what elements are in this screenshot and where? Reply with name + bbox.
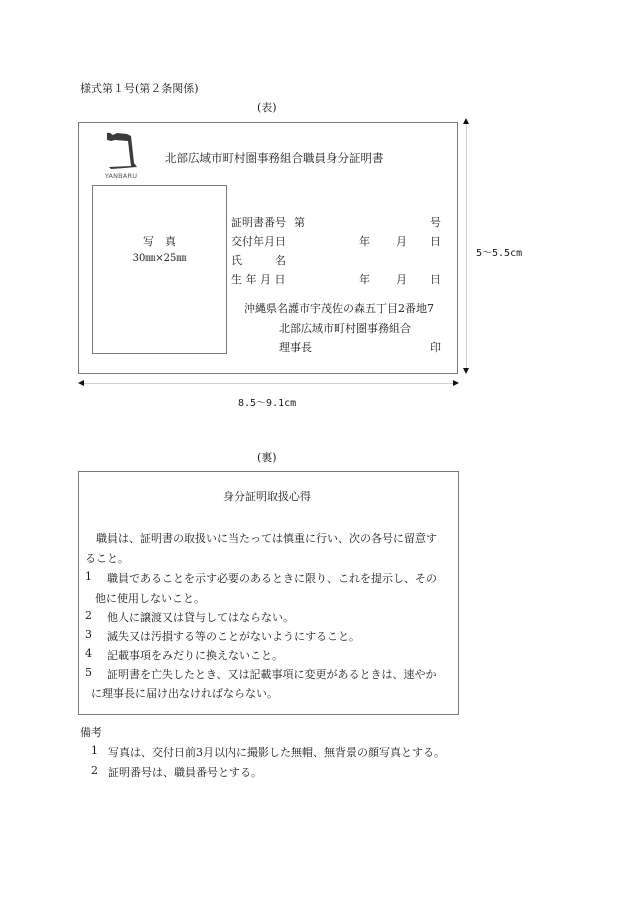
id-card-front: YANBARU 北部広域市町村圏事務組合職員身分証明書 写 真 30㎜×25㎜ … bbox=[78, 122, 458, 374]
arrow-right-icon bbox=[453, 380, 459, 386]
height-dimension-label: 5～5.5cm bbox=[476, 244, 522, 259]
field-issue-date-day: 日 bbox=[430, 233, 441, 249]
card-title: 北部広域市町村圏事務組合職員身分証明書 bbox=[165, 150, 384, 166]
width-dimension-label: 8.5～9.1cm bbox=[238, 394, 296, 409]
field-birth-date-month: 月 bbox=[396, 271, 407, 287]
field-birth-date-day: 日 bbox=[430, 271, 441, 287]
field-name-label: 氏 名 bbox=[231, 252, 286, 268]
field-certificate-number-suffix: 号 bbox=[430, 214, 441, 230]
width-dimension-line bbox=[82, 383, 455, 384]
arrow-down-icon bbox=[463, 368, 469, 374]
field-issue-date-year: 年 bbox=[359, 233, 370, 249]
back-item-2-number: 2 bbox=[85, 609, 92, 622]
note-2-text: 証明番号は、職員番号とする。 bbox=[108, 764, 262, 780]
back-item-5-line-1: 証明書を亡失したとき、又は記載事項に変更があるときは、速やか bbox=[107, 666, 437, 682]
back-item-1-number: 1 bbox=[85, 570, 92, 583]
back-item-2-line-1: 他人に譲渡又は貸与してはならない。 bbox=[107, 609, 294, 625]
yanbaru-logo-icon: YANBARU bbox=[101, 129, 141, 181]
id-card-back: 身分証明取扱心得 職員は、証明書の取扱いに当たっては慎重に行い、次の各号に留意す… bbox=[78, 471, 459, 715]
issuer-organization: 北部広域市町村圏事務組合 bbox=[279, 320, 411, 336]
back-item-5-line-2: に理事長に届け出なければならない。 bbox=[91, 685, 278, 701]
back-side-label: (裏) bbox=[257, 449, 277, 465]
back-title: 身分証明取扱心得 bbox=[223, 488, 311, 504]
field-birth-date-label: 生 年 月 日 bbox=[231, 271, 286, 287]
issuer-address: 沖縄県名護市宇茂佐の森五丁目2番地7 bbox=[244, 300, 434, 316]
field-issue-date-month: 月 bbox=[396, 233, 407, 249]
form-label: 様式第１号(第２条関係) bbox=[80, 80, 199, 96]
back-intro-line-2: ること。 bbox=[85, 550, 129, 566]
field-certificate-number-prefix: 第 bbox=[294, 214, 305, 230]
photo-placeholder: 写 真 30㎜×25㎜ bbox=[92, 185, 227, 354]
back-item-1-line-1: 職員であることを示す必要のあるときに限り、これを提示し、その bbox=[107, 570, 437, 586]
field-birth-date-year: 年 bbox=[359, 271, 370, 287]
note-2-number: 2 bbox=[91, 764, 98, 777]
field-issue-date-label: 交付年月日 bbox=[231, 233, 286, 249]
issuer-title: 理事長 bbox=[279, 339, 312, 355]
back-item-4-number: 4 bbox=[85, 647, 92, 660]
issuer-seal: 印 bbox=[430, 339, 441, 355]
field-certificate-number-label: 証明書番号 bbox=[231, 214, 286, 230]
back-item-4-line-1: 記載事項をみだりに換えないこと。 bbox=[107, 647, 283, 663]
back-item-3-line-1: 滅失又は汚損する等のことがないようにすること。 bbox=[107, 628, 360, 644]
back-intro-line-1: 職員は、証明書の取扱いに当たっては慎重に行い、次の各号に留意す bbox=[85, 530, 437, 546]
note-1-text: 写真は、交付日前3月以内に撮影した無帽、無背景の顔写真とする。 bbox=[108, 744, 445, 760]
photo-label: 写 真 bbox=[93, 233, 226, 249]
back-item-3-number: 3 bbox=[85, 628, 92, 641]
back-item-1-line-2: 他に使用しないこと。 bbox=[95, 590, 205, 606]
back-item-5-number: 5 bbox=[85, 666, 92, 679]
notes-heading: 備考 bbox=[80, 724, 102, 740]
logo-text: YANBARU bbox=[101, 172, 141, 180]
arrow-up-icon bbox=[463, 118, 469, 124]
note-1-number: 1 bbox=[91, 744, 98, 757]
front-side-label: (表) bbox=[257, 99, 277, 115]
arrow-left-icon bbox=[78, 380, 84, 386]
photo-size: 30㎜×25㎜ bbox=[93, 249, 226, 264]
height-dimension-line bbox=[466, 124, 467, 370]
